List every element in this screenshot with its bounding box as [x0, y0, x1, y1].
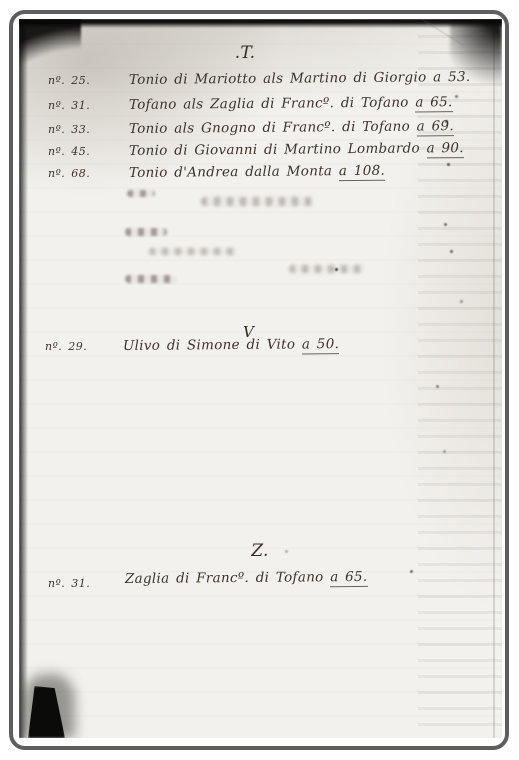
- entry-number: nº. 31.: [48, 99, 90, 112]
- entry-text: Tonio als Gnogno di Francº. di Tofano a …: [129, 118, 454, 137]
- index-entry: nº. 31. Zaglia di Francº. di Tofano a 65…: [19, 571, 502, 591]
- entry-page-ref: a 53.: [433, 69, 470, 85]
- entry-name: Tonio di Giovanni di Martino Lombardo: [129, 140, 420, 159]
- entry-name: Tonio als Gnogno di Francº. di Tofano: [129, 119, 410, 137]
- entry-name: Tonio d'Andrea dalla Monta: [129, 163, 332, 181]
- entry-number: nº. 68.: [48, 167, 90, 180]
- entry-name: Zaglia di Francº. di Tofano: [125, 569, 324, 587]
- entry-text: Ulivo di Simone di Vito a 50.: [123, 336, 339, 354]
- entry-name: Ulivo di Simone di Vito: [123, 336, 295, 354]
- entry-page-ref: a 90.: [426, 140, 463, 158]
- entry-number: nº. 29.: [45, 340, 87, 353]
- index-entry: nº. 68. Tonio d'Andrea dalla Monta a 108…: [19, 165, 502, 185]
- entry-number: nº. 33.: [48, 123, 90, 136]
- section-letter-Z: Z.: [215, 541, 305, 561]
- entry-page-ref: a 69.: [417, 118, 454, 136]
- entry-page-ref: a 50.: [302, 336, 339, 354]
- index-entry: nº. 45. Tonio di Giovanni di Martino Lom…: [19, 143, 502, 163]
- entry-name: Tonio di Mariotto als Martino di Giorgio: [129, 69, 427, 88]
- scanned-page: .T. nº. 25. Tonio di Mariotto als Martin…: [19, 19, 502, 738]
- section-letter-T: .T.: [200, 43, 290, 63]
- entry-text: Zaglia di Francº. di Tofano a 65.: [125, 569, 368, 587]
- index-entry: nº. 29. Ulivo di Simone di Vito a 50.: [19, 338, 502, 358]
- entry-text: Tofano als Zaglia di Francº. di Tofano a…: [129, 94, 453, 113]
- scanned-manuscript-page: { "page": { "kind": "scanned handwritten…: [0, 0, 519, 760]
- index-entry: nº. 25. Tonio di Mariotto als Martino di…: [19, 72, 502, 92]
- entry-page-ref: a 108.: [339, 163, 385, 181]
- entry-text: Tonio d'Andrea dalla Monta a 108.: [129, 163, 385, 181]
- index-entry: nº. 31. Tofano als Zaglia di Francº. di …: [19, 97, 502, 117]
- entry-page-ref: a 65.: [415, 94, 452, 112]
- handwriting-layer: .T. nº. 25. Tonio di Mariotto als Martin…: [19, 19, 502, 738]
- entry-number: nº. 31.: [48, 577, 90, 590]
- entry-name: Tofano als Zaglia di Francº. di Tofano: [129, 95, 409, 113]
- entry-text: Tonio di Mariotto als Martino di Giorgio…: [129, 69, 471, 88]
- entry-number: nº. 25.: [48, 74, 90, 87]
- entry-page-ref: a 65.: [330, 569, 367, 587]
- entry-text: Tonio di Giovanni di Martino Lombardo a …: [129, 140, 464, 159]
- index-entry: nº. 33. Tonio als Gnogno di Francº. di T…: [19, 121, 502, 141]
- entry-number: nº. 45.: [48, 145, 90, 158]
